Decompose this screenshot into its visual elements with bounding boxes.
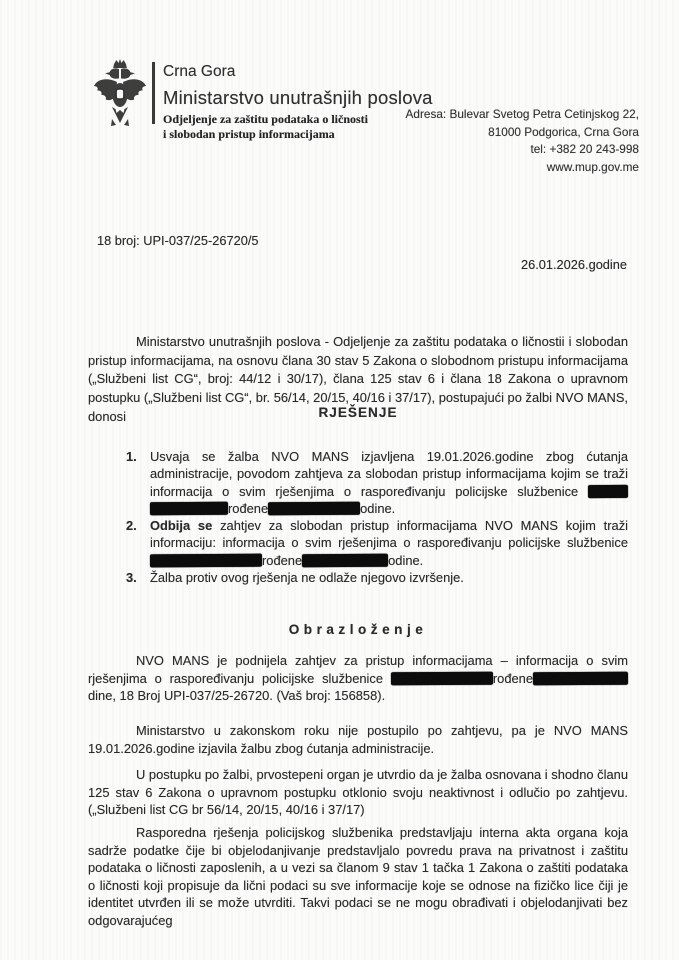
decision-item-3: 3.Žalba protiv ovog rješenja ne odlaže n… [88, 569, 628, 586]
address-website: www.mup.gov.me [406, 159, 639, 177]
reasoning-paragraph-2: Ministarstvo u zakonskom roku nije postu… [88, 722, 628, 757]
redaction-bar [588, 484, 628, 497]
reasoning-p1-text3: dine, 18 Broj UPI-037/25-26720. (Vaš bro… [88, 688, 385, 703]
decision-item-2-text: zahtjev za slobodan pristup informacijam… [150, 518, 628, 550]
decision-item-2-lead: Odbija se [150, 518, 212, 533]
header-ministry-name: Ministarstvo unutrašnjih poslova [163, 87, 433, 109]
decision-item-1-text: Usvaja se žalba NVO MANS izjavljena 19.0… [150, 449, 628, 499]
decision-item-2-text3: odine. [388, 553, 423, 568]
reasoning-p1-text2: rođene [493, 671, 533, 686]
address-phone: tel: +382 20 243-998 [406, 141, 639, 159]
header-department-line2: i slobodan pristup informacijama [163, 127, 368, 142]
redaction-bar [150, 502, 228, 515]
redaction-bar [150, 553, 262, 567]
header-address-block: Adresa: Bulevar Svetog Petra Cetinjskog … [406, 106, 639, 176]
redaction-bar [391, 671, 493, 685]
redaction-bar [268, 502, 360, 516]
redaction-bar [533, 671, 628, 685]
address-city: 81000 Podgorica, Crna Gora [406, 124, 639, 142]
reasoning-paragraph-1: NVO MANS je podnijela zahtjev za pristup… [88, 652, 628, 705]
case-number: 18 broj: UPI-037/25-26720/5 [97, 233, 259, 248]
decision-heading: RJEŠENJE [88, 404, 628, 423]
decision-item-2-number: 2. [126, 517, 137, 534]
header-country: Crna Gora [163, 63, 235, 81]
header-department-line1: Odjeljenje za zaštitu podataka o ličnost… [163, 112, 368, 127]
decision-list: 1.Usvaja se žalba NVO MANS izjavljena 19… [88, 448, 628, 586]
shield-icon [116, 89, 124, 99]
address-street: Adresa: Bulevar Svetog Petra Cetinjskog … [406, 106, 639, 124]
header-divider [152, 62, 155, 124]
decision-item-2: 2.Odbija se zahtjev za slobodan pristup … [88, 517, 628, 569]
reasoning-heading: Obrazloženje [88, 621, 628, 640]
decision-item-1-text3: odine. [360, 501, 395, 516]
decision-item-1-text2: rođene [228, 501, 268, 516]
scanned-document-page: Crna Gora Ministarstvo unutrašnjih poslo… [0, 0, 679, 960]
reasoning-paragraph-3: U postupku po žalbi, prvostepeni organ j… [88, 766, 628, 819]
decision-item-3-text: Žalba protiv ovog rješenja ne odlaže nje… [150, 570, 464, 585]
decision-item-2-text2: rođene [262, 553, 302, 568]
decision-item-1-number: 1. [126, 448, 137, 465]
reasoning-paragraph-4: Rasporedna rješenja policijskog službeni… [88, 824, 628, 930]
header-department: Odjeljenje za zaštitu podataka o ličnost… [163, 112, 368, 141]
redaction-bar [302, 554, 388, 568]
decision-item-3-number: 3. [126, 569, 137, 586]
coat-of-arms-icon [92, 57, 148, 133]
document-date: 26.01.2026.godine [521, 257, 627, 272]
decision-item-1: 1.Usvaja se žalba NVO MANS izjavljena 19… [88, 448, 628, 517]
